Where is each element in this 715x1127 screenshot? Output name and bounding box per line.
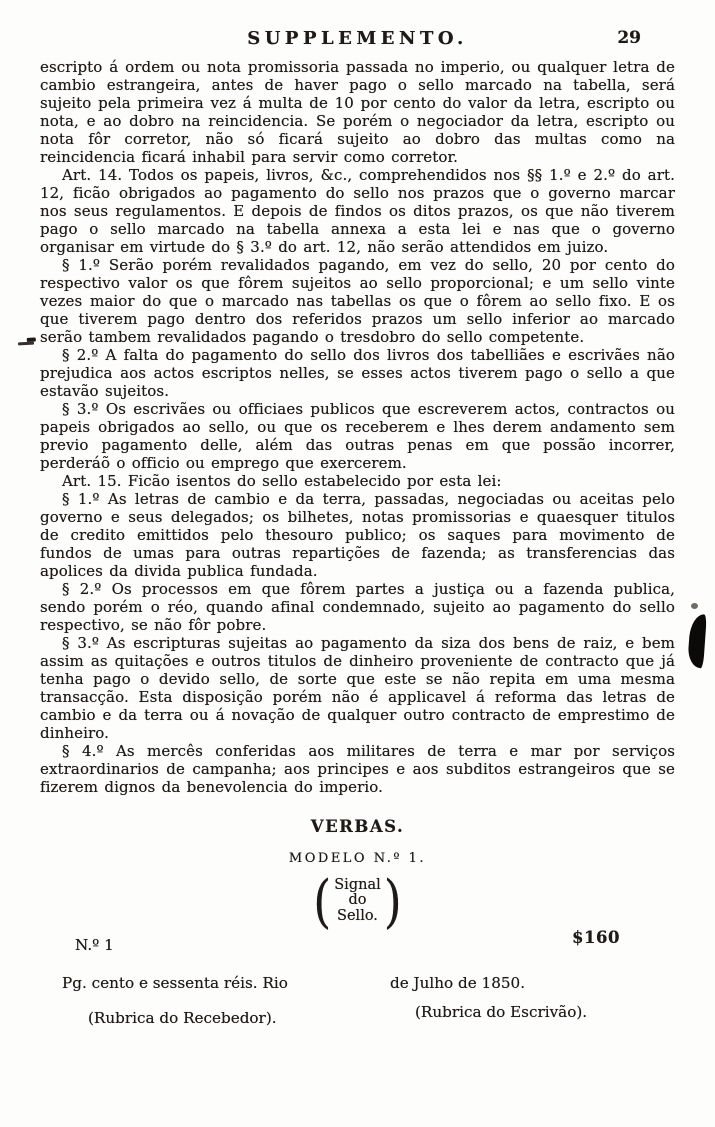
seal-mark: ( Signal do Sello. ) xyxy=(0,870,715,932)
seal-line-2: do xyxy=(334,893,380,909)
paragraph-art-14-s2: § 2.º A falta do pagamento do sello dos … xyxy=(40,346,675,400)
seal-line-3: Sello. xyxy=(334,909,380,925)
paragraph-art-15-s4: § 4.º As mercês conferidas aos militares… xyxy=(40,742,675,796)
modelo-heading: MODELO N.º 1. xyxy=(0,851,715,866)
seal-text: Signal do Sello. xyxy=(332,878,382,925)
signature-receiver: (Rubrica do Recebedor). xyxy=(88,1009,277,1027)
payment-text-right: de Julho de 1850. xyxy=(390,974,525,992)
signature-clerk: (Rubrica do Escrivão). xyxy=(415,1003,587,1021)
scanned-document-page: SUPPLEMENTO. 29 escripto á ordem ou nota… xyxy=(0,0,715,1127)
ink-dash-artifact xyxy=(18,342,34,346)
paragraph-art-15-s1: § 1.º As letras de cambio e da terra, pa… xyxy=(40,490,675,580)
paragraph-continuation: escripto á ordem ou nota promissoria pas… xyxy=(40,58,675,166)
ink-blob-artifact xyxy=(687,614,707,669)
paragraph-art-14: Art. 14. Todos os papeis, livros, &c., c… xyxy=(40,166,675,256)
paragraph-art-15-s2: § 2.º Os processos em que fôrem partes a… xyxy=(40,580,675,634)
paragraph-art-15-s3: § 3.º As escripturas sujeitas ao pagamen… xyxy=(40,634,675,742)
payment-text-left: Pg. cento e sessenta réis. Rio xyxy=(62,974,288,992)
running-title: SUPPLEMENTO. xyxy=(247,28,468,49)
receipt-amount: $160 xyxy=(572,928,620,947)
ink-speck-artifact xyxy=(691,603,698,609)
seal-paren-close: ) xyxy=(383,872,403,930)
paragraph-art-15: Art. 15. Ficão isentos do sello estabele… xyxy=(40,472,675,490)
paragraph-art-14-s1: § 1.º Serão porém revalidados pagando, e… xyxy=(40,256,675,346)
verbas-heading: VERBAS. xyxy=(0,817,715,836)
verbas-section: VERBAS. MODELO N.º 1. ( Signal do Sello.… xyxy=(0,817,715,1082)
page-header: SUPPLEMENTO. 29 xyxy=(0,0,715,49)
seal-line-1: Signal xyxy=(334,878,380,894)
receipt-number: N.º 1 xyxy=(75,936,114,954)
seal-paren-open: ( xyxy=(312,872,332,930)
page-number: 29 xyxy=(617,28,641,48)
paragraph-art-14-s3: § 3.º Os escrivães ou officiaes publicos… xyxy=(40,400,675,472)
body-text: escripto á ordem ou nota promissoria pas… xyxy=(40,58,675,796)
receipt-specimen: N.º 1 $160 Pg. cento e sessenta réis. Ri… xyxy=(0,932,715,1082)
